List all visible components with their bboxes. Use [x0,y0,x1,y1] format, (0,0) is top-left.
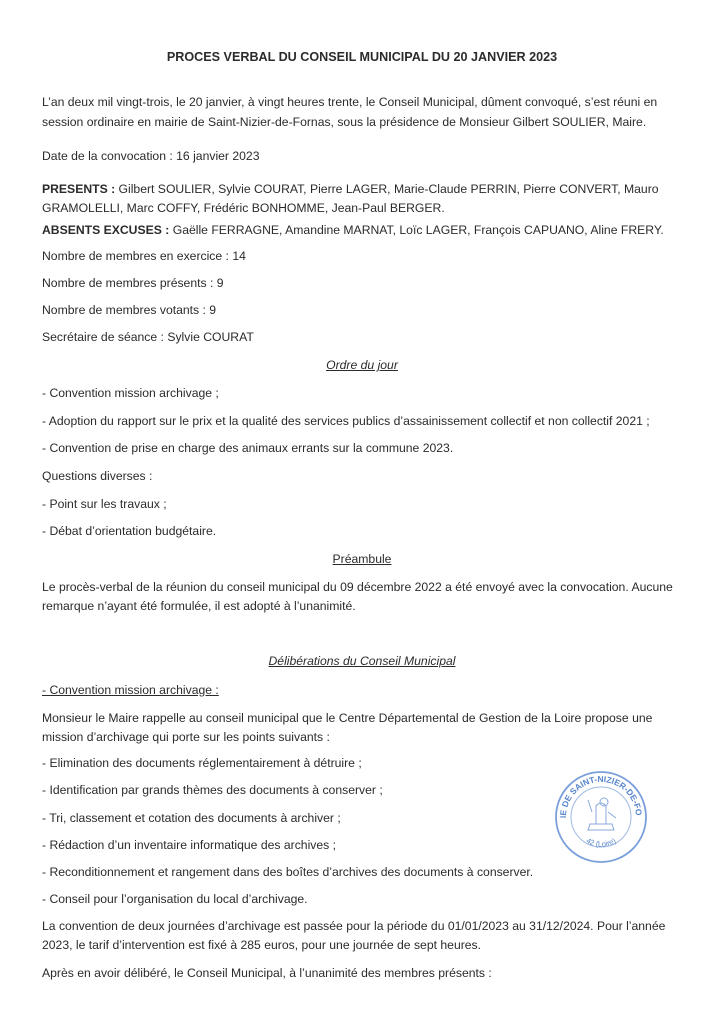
absents-line: ABSENTS EXCUSES : Gaëlle FERRAGNE, Amand… [42,220,692,240]
deliberation-intro-1: Monsieur le Maire rappelle au conseil mu… [42,708,692,728]
preambule-line-1: Le procès-verbal de la réunion du consei… [42,577,692,597]
presents-label: PRESENTS : [42,182,115,196]
convention-line-2: 2023, le tarif d’intervention est fixé à… [42,935,692,955]
ordre-du-jour-heading-text: Ordre du jour [326,358,398,372]
intro-line-1: L’an deux mil vingt-trois, le 20 janvier… [42,92,692,112]
document-page: PROCES VERBAL DU CONSEIL MUNICIPAL DU 20… [0,0,724,1024]
preambule-heading: Préambule [0,549,724,569]
membres-presents: Nombre de membres présents : 9 [42,273,692,293]
questions-diverses-label: Questions diverses : [42,466,692,486]
membres-exercice: Nombre de membres en exercice : 14 [42,246,692,266]
presents-line-2: GRAMOLELLI, Marc COFFY, Frédéric BONHOMM… [42,198,692,218]
preambule-heading-text: Préambule [333,552,392,566]
decision-line: Après en avoir délibéré, le Conseil Muni… [42,963,692,983]
question-item: - Point sur les travaux ; [42,494,692,514]
absents-names: Gaëlle FERRAGNE, Amandine MARNAT, Loïc L… [169,223,663,237]
membres-votants: Nombre de membres votants : 9 [42,300,692,320]
deliberations-heading: Délibérations du Conseil Municipal [0,651,724,671]
convocation-date: Date de la convocation : 16 janvier 2023 [42,146,692,166]
preambule-line-2: remarque n’ayant été formulée, il est ad… [42,596,692,616]
intro-line-2: session ordinaire en mairie de Saint-Niz… [42,112,692,132]
ordre-du-jour-heading: Ordre du jour [0,355,724,375]
deliberation-subheading: - Convention mission archivage : [42,680,692,700]
ordre-item: - Convention mission archivage ; [42,383,692,403]
presents-line-1: PRESENTS : Gilbert SOULIER, Sylvie COURA… [42,179,692,199]
archive-point: - Conseil pour l’organisation du local d… [42,889,692,909]
convention-line-1: La convention de deux journées d’archiva… [42,916,692,936]
presents-names: Gilbert SOULIER, Sylvie COURAT, Pierre L… [115,182,658,196]
question-item: - Débat d’orientation budgétaire. [42,521,692,541]
deliberation-subheading-text: - Convention mission archivage : [42,683,219,697]
svg-text:42 (Loire): 42 (Loire) [585,836,618,849]
absents-label: ABSENTS EXCUSES : [42,223,169,237]
secretaire-seance: Secrétaire de séance : Sylvie COURAT [42,327,692,347]
ordre-item: - Adoption du rapport sur le prix et la … [42,411,692,431]
deliberations-heading-text: Délibérations du Conseil Municipal [269,654,456,668]
deliberation-intro-2: mission d’archivage qui porte sur les po… [42,727,692,747]
page-title: PROCES VERBAL DU CONSEIL MUNICIPAL DU 20… [0,50,724,64]
ordre-item: - Convention de prise en charge des anim… [42,438,692,458]
mairie-stamp-icon: MAIRIE DE SAINT-NIZIER-DE-FORNAS 42 (Loi… [552,768,650,866]
